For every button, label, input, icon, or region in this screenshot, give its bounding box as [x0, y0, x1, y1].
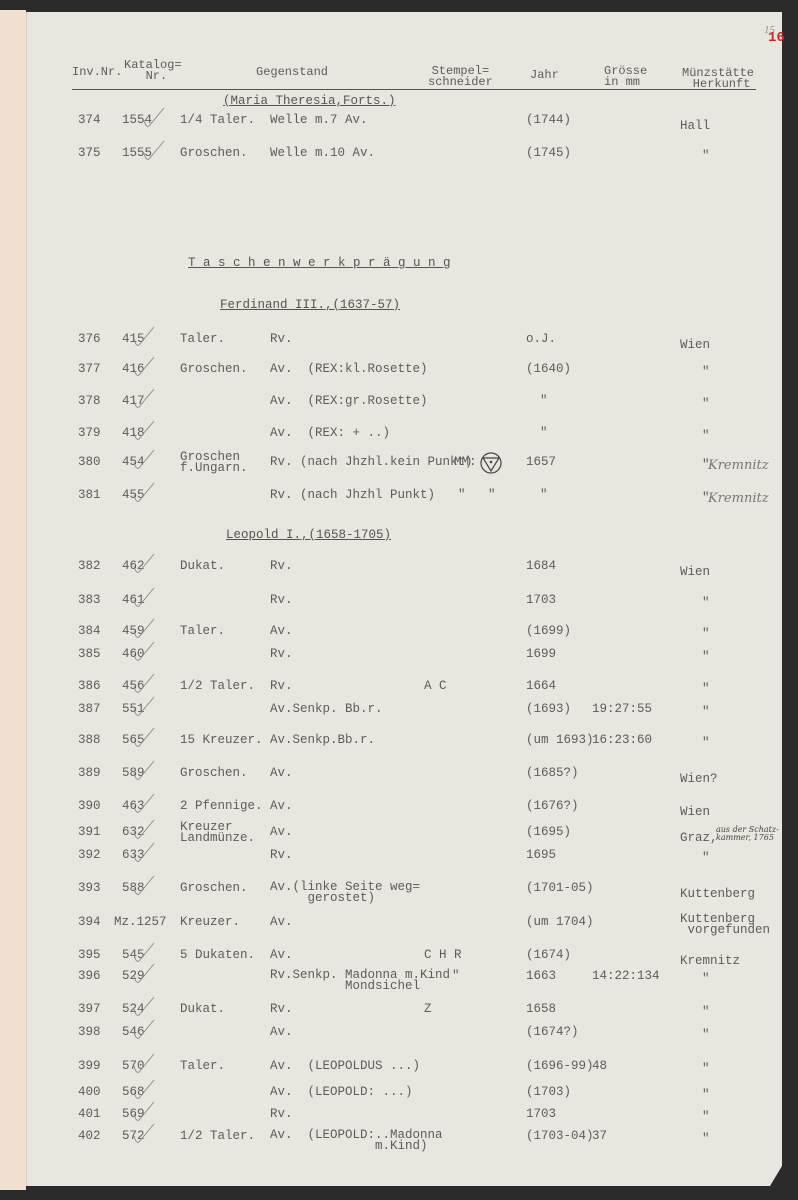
groesse: 48: [592, 1060, 607, 1073]
description: Av. (LEOPOLD: ...): [270, 1086, 413, 1099]
groesse: 37: [592, 1130, 607, 1143]
description: Rv.: [270, 849, 293, 862]
description: Av.Senkp.Bb.r.: [270, 734, 375, 747]
description: Av. (LEOPOLDUS ...): [270, 1060, 420, 1073]
description: Rv.: [270, 594, 293, 607]
muenzstaette: ": [702, 1089, 710, 1102]
inv-nr: 395: [78, 949, 101, 962]
coin-type: Dukat.: [180, 560, 225, 573]
jahr: (1699): [526, 625, 571, 638]
header-rule: [72, 89, 756, 90]
jahr: 1703: [526, 1108, 556, 1121]
check-mark-icon: [130, 640, 156, 664]
inv-nr: 382: [78, 560, 101, 573]
inv-nr: 398: [78, 1026, 101, 1039]
header-stempel: Stempel= schneider: [428, 66, 493, 88]
stempelschneider: C H R: [424, 949, 462, 962]
inv-nr: 396: [78, 970, 101, 983]
description: Rv.Senkp. Madonna m.Kind Mondsichel: [270, 970, 450, 992]
check-mark-icon: [130, 617, 156, 641]
jahr: (1701-05): [526, 882, 594, 895]
description: Av.: [270, 826, 293, 839]
description: Av.: [270, 949, 293, 962]
inv-nr: 390: [78, 800, 101, 813]
coin-type: 2 Pfennige.: [180, 800, 263, 813]
description: Av.Senkp. Bb.r.: [270, 703, 383, 716]
muenzstaette: Kuttenberg: [680, 888, 755, 901]
description: Rv.: [270, 680, 293, 693]
jahr: (1744): [526, 114, 571, 127]
coin-type: Groschen.: [180, 882, 248, 895]
jahr: (1695): [526, 826, 571, 839]
header-inv: Inv.Nr.: [72, 67, 122, 78]
check-mark-icon: [130, 1018, 156, 1042]
description: Welle m.7 Av.: [270, 114, 368, 127]
muenzstaette: ": [702, 430, 710, 443]
handwritten-note: Kremnitz: [708, 491, 769, 506]
muenzstaette: ": [702, 398, 710, 411]
check-mark-icon: [130, 481, 156, 505]
coin-type: Groschen.: [180, 767, 248, 780]
muenzstaette: ": [702, 366, 710, 379]
description: Rv.: [270, 560, 293, 573]
jahr: ": [540, 427, 548, 440]
coin-type: Groschen.: [180, 363, 248, 376]
check-mark-icon: [130, 1100, 156, 1124]
coin-type: 1/2 Taler.: [180, 1130, 255, 1143]
inv-nr: 401: [78, 1108, 101, 1121]
jahr: o.J.: [526, 333, 556, 346]
muenzstaette: ": [702, 973, 710, 986]
muenzstaette: Graz,: [680, 832, 718, 845]
check-mark-icon: [130, 792, 156, 816]
jahr: 1695: [526, 849, 556, 862]
jahr: (um 1704): [526, 916, 594, 929]
header-gegenstand: Gegenstand: [256, 67, 328, 78]
inv-nr: 388: [78, 734, 101, 747]
jahr: (1745): [526, 147, 571, 160]
jahr: 1684: [526, 560, 556, 573]
coin-type: 15 Kreuzer.: [180, 734, 263, 747]
katalog-nr: Mz.1257: [114, 916, 167, 929]
inv-nr: 377: [78, 363, 101, 376]
check-mark-icon: [130, 995, 156, 1019]
description: Rv. (nach Jhzhl Punkt): [270, 489, 435, 502]
page-corner: [770, 1166, 782, 1186]
check-mark-icon: [130, 962, 156, 986]
jahr: (um 1693): [526, 734, 594, 747]
inv-nr: 389: [78, 767, 101, 780]
jahr: 1658: [526, 1003, 556, 1016]
handwritten-note: aus der Schatz- kammer, 1765: [716, 826, 779, 842]
description: Av.: [270, 1026, 293, 1039]
inv-nr: 378: [78, 395, 101, 408]
coin-type: Dukat.: [180, 1003, 225, 1016]
inv-nr: 394: [78, 916, 101, 929]
groesse: 19:27:55: [592, 703, 652, 716]
check-mark-icon: [130, 726, 156, 750]
inv-nr: 402: [78, 1130, 101, 1143]
header-jahr: Jahr: [530, 70, 559, 81]
description: Av.(linke Seite weg= gerostet): [270, 882, 420, 904]
muenzstaette: ": [702, 1133, 710, 1146]
header-groesse: Grösse in mm: [604, 66, 647, 88]
left-page-edge: [0, 10, 26, 1190]
jahr: (1693): [526, 703, 571, 716]
description: Av.: [270, 916, 293, 929]
coin-type: 1/2 Taler.: [180, 680, 255, 693]
inv-nr: 400: [78, 1086, 101, 1099]
description: Rv.: [270, 648, 293, 661]
check-mark-icon: [130, 1122, 156, 1146]
description: Av. (REX:kl.Rosette): [270, 363, 428, 376]
inv-nr: 393: [78, 882, 101, 895]
inv-nr: 397: [78, 1003, 101, 1016]
description: Av. (LEOPOLD:..Madonna m.Kind): [270, 1130, 443, 1152]
inv-nr: 385: [78, 648, 101, 661]
check-mark-icon: [130, 759, 156, 783]
stempelschneider: " ": [458, 489, 496, 502]
description: Av. (REX:gr.Rosette): [270, 395, 428, 408]
inv-nr: 381: [78, 489, 101, 502]
jahr: (1696-99): [526, 1060, 594, 1073]
muenzstaette: Wien: [680, 339, 710, 352]
mint-mark-symbol-icon: [480, 452, 502, 474]
header-muenzstaette: Münzstätte Herkunft: [682, 68, 754, 90]
description: Av.: [270, 800, 293, 813]
groesse: 16:23:60: [592, 734, 652, 747]
jahr: (1674?): [526, 1026, 579, 1039]
check-mark-icon: [130, 818, 156, 842]
jahr: 1663: [526, 970, 556, 983]
inv-nr: 391: [78, 826, 101, 839]
page-number: 16: [768, 30, 785, 46]
groesse: 14:22:134: [592, 970, 660, 983]
check-mark-icon: [130, 586, 156, 610]
jahr: 1699: [526, 648, 556, 661]
coin-type: Groschen.: [180, 147, 248, 160]
description: Welle m.10 Av.: [270, 147, 375, 160]
muenzstaette: ": [702, 1063, 710, 1076]
stempelschneider: A C: [424, 680, 447, 693]
muenzstaette: ": [702, 150, 710, 163]
check-mark-icon: [130, 1052, 156, 1076]
check-mark-icon: [140, 106, 166, 130]
jahr: ": [540, 489, 548, 502]
coin-type: Kreuzer.: [180, 916, 240, 929]
muenzstaette: Wien: [680, 806, 710, 819]
check-mark-icon: [130, 387, 156, 411]
inv-nr: 386: [78, 680, 101, 693]
header-katalog: Katalog= Nr.: [124, 60, 182, 82]
description: Av. (REX: + ..): [270, 427, 390, 440]
jahr: (1703): [526, 1086, 571, 1099]
muenzstaette: Kuttenberg vorgefunden: [680, 914, 770, 936]
inv-nr: 387: [78, 703, 101, 716]
check-mark-icon: [130, 448, 156, 472]
jahr: ": [540, 395, 548, 408]
muenzstaette: ": [702, 597, 710, 610]
handwritten-note: Kremnitz: [708, 458, 769, 473]
muenzstaette: ": [702, 1006, 710, 1019]
coin-type: Taler.: [180, 1060, 225, 1073]
jahr: 1664: [526, 680, 556, 693]
jahr: (1640): [526, 363, 571, 376]
muenzstaette: Wien?: [680, 773, 718, 786]
description: Av.: [270, 767, 293, 780]
muenzstaette: ": [702, 706, 710, 719]
muenzstaette: Wien: [680, 566, 710, 579]
jahr: 1657: [526, 456, 556, 469]
inv-nr: 384: [78, 625, 101, 638]
description: Rv. (nach Jhzhl.kein Punkt): [270, 456, 473, 469]
inv-nr: 380: [78, 456, 101, 469]
description: Rv.: [270, 1003, 293, 1016]
check-mark-icon: [130, 325, 156, 349]
jahr: (1676?): [526, 800, 579, 813]
check-mark-icon: [130, 672, 156, 696]
description: Rv.: [270, 333, 293, 346]
section-taschenwerkpraegung: T a s c h e n w e r k p r ä g u n g: [188, 256, 451, 270]
check-mark-icon: [130, 552, 156, 576]
jahr: (1703-04): [526, 1130, 594, 1143]
coin-type: Taler.: [180, 625, 225, 638]
muenzstaette: ": [702, 683, 710, 696]
muenzstaette: ": [702, 852, 710, 865]
muenzstaette: Kremnitz: [680, 955, 740, 968]
coin-type: Kreuzer Landmünze.: [180, 822, 255, 844]
muenzstaette: ": [702, 1029, 710, 1042]
inv-nr: 376: [78, 333, 101, 346]
coin-type: Groschen f.Ungarn.: [180, 452, 248, 474]
stempelschneider: Z: [424, 1003, 432, 1016]
muenzstaette: ": [702, 651, 710, 664]
stempelschneider: MM:: [454, 456, 477, 469]
inv-nr: 383: [78, 594, 101, 607]
muenzstaette: ": [702, 628, 710, 641]
muenzstaette: ": [702, 737, 710, 750]
description: Rv.: [270, 1108, 293, 1121]
inv-nr: 374: [78, 114, 101, 127]
jahr: 1703: [526, 594, 556, 607]
stempelschneider: ": [452, 970, 460, 983]
section-maria-theresia: (Maria Theresia,Forts.): [223, 94, 396, 108]
inv-nr: 379: [78, 427, 101, 440]
check-mark-icon: [130, 874, 156, 898]
description: Av.: [270, 625, 293, 638]
check-mark-icon: [130, 419, 156, 443]
jahr: (1685?): [526, 767, 579, 780]
jahr: (1674): [526, 949, 571, 962]
check-mark-icon: [130, 695, 156, 719]
muenzstaette: Hall: [680, 120, 710, 133]
check-mark-icon: [140, 139, 166, 163]
check-mark-icon: [130, 1078, 156, 1102]
check-mark-icon: [130, 355, 156, 379]
section-ferdinand: Ferdinand III.,(1637-57): [220, 298, 400, 312]
section-leopold: Leopold I.,(1658-1705): [226, 528, 391, 542]
coin-type: 1/4 Taler.: [180, 114, 255, 127]
coin-type: 5 Dukaten.: [180, 949, 255, 962]
inv-nr: 392: [78, 849, 101, 862]
muenzstaette: ": [702, 1111, 710, 1124]
inv-nr: 375: [78, 147, 101, 160]
coin-type: Taler.: [180, 333, 225, 346]
inv-nr: 399: [78, 1060, 101, 1073]
check-mark-icon: [130, 841, 156, 865]
